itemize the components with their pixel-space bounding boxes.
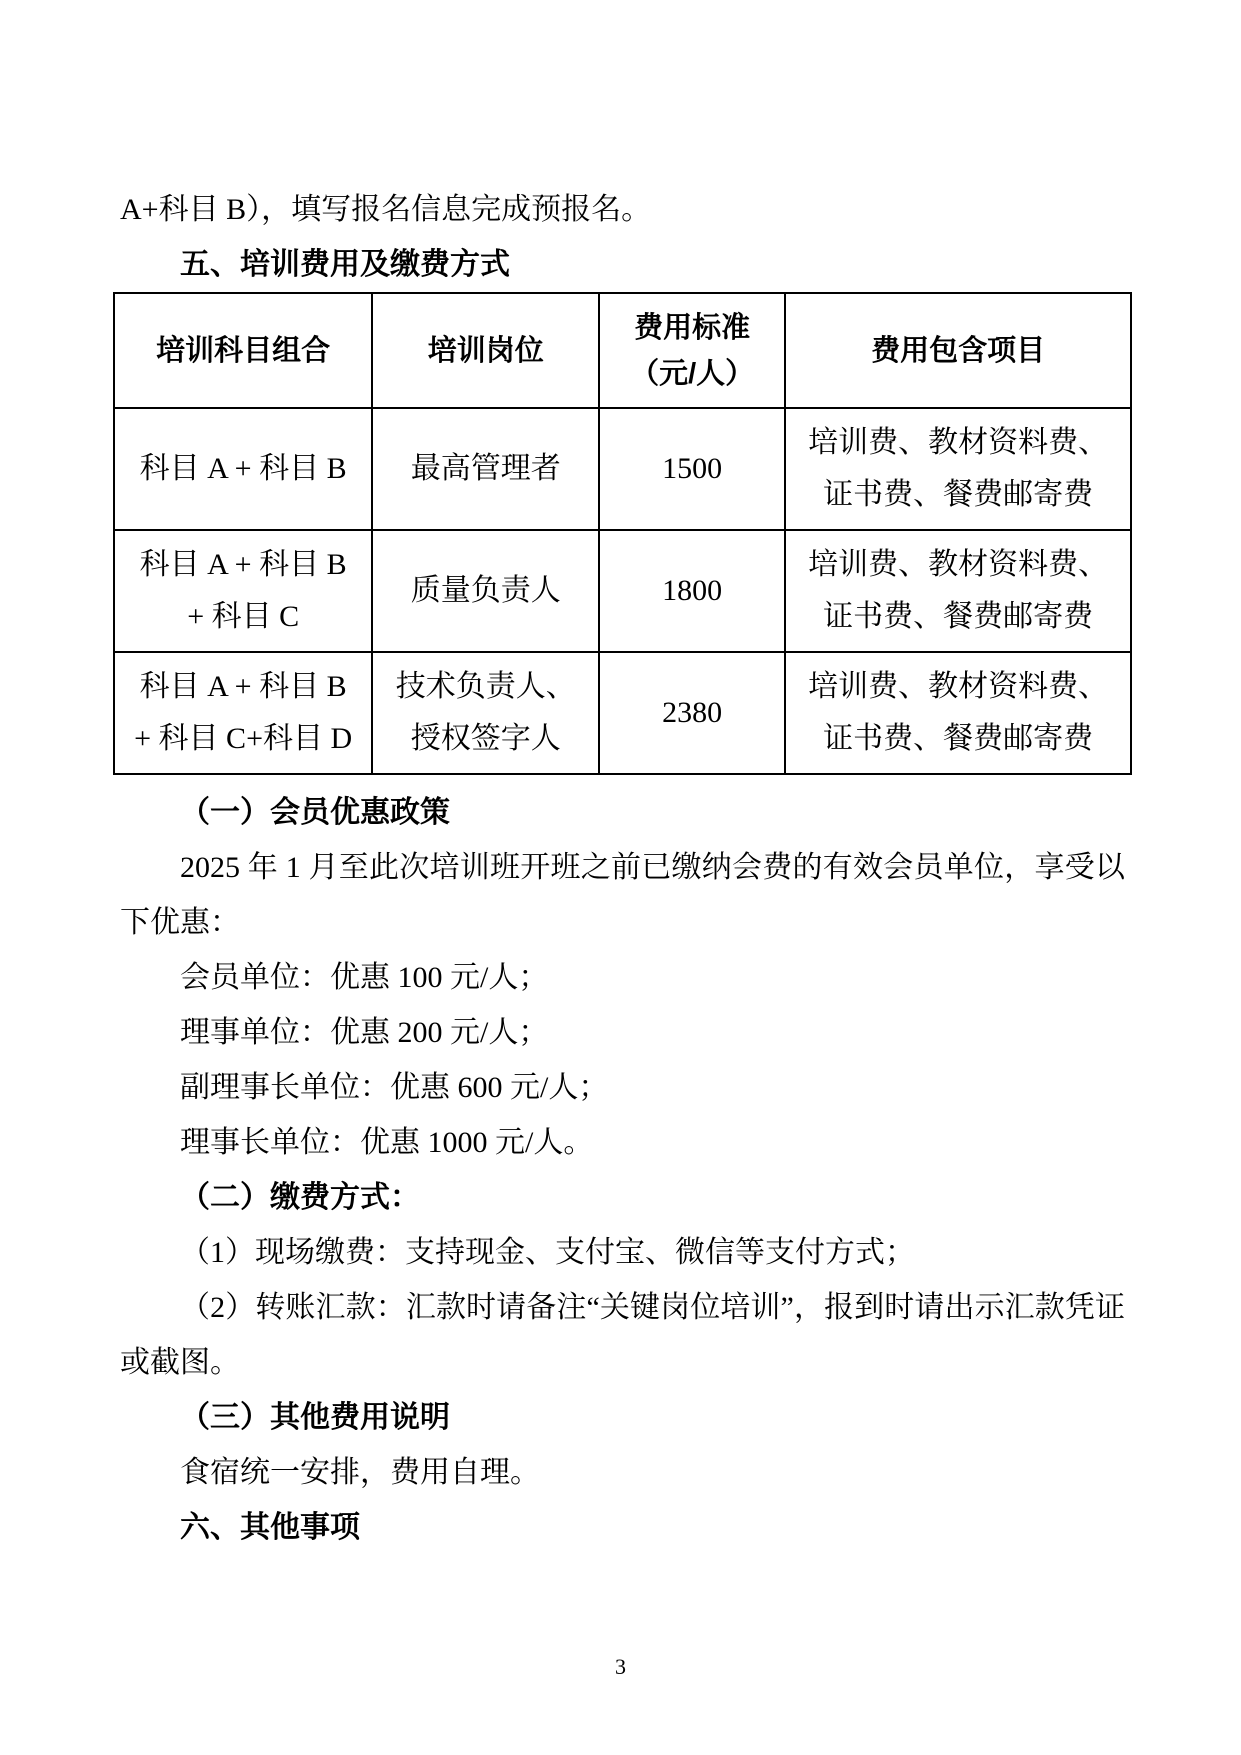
page-content: A+科目 B），填写报名信息完成预报名。 五、培训费用及缴费方式 培训科目组合 … [120, 0, 1125, 1555]
cell-line: 培训费、教材资料费、 [786, 417, 1130, 469]
cell-line: 授权签字人 [373, 713, 598, 765]
payment-method-title: （二）缴费方式： [120, 1170, 1125, 1225]
discount-item-vice-chairman: 副理事长单位：优惠 600 元/人； [120, 1060, 1125, 1115]
table-row: 科目 A + 科目 B 最高管理者 1500 培训费、教材资料费、 证书费、餐费… [114, 408, 1131, 530]
cell-includes: 培训费、教材资料费、 证书费、餐费邮寄费 [785, 652, 1131, 774]
fee-table-header-row: 培训科目组合 培训岗位 费用标准 （元/人） 费用包含项目 [114, 293, 1131, 408]
other-fees-title: （三）其他费用说明 [120, 1390, 1125, 1445]
cell-line: 技术负责人、 [373, 661, 598, 713]
cell-position: 技术负责人、 授权签字人 [372, 652, 599, 774]
cell-fee: 1500 [599, 408, 785, 530]
col-header-fee-includes: 费用包含项目 [785, 293, 1131, 408]
col-header-position: 培训岗位 [372, 293, 599, 408]
fee-header-line2: （元/人） [600, 351, 784, 397]
member-discount-intro: 2025 年 1 月至此次培训班开班之前已缴纳会费的有效会员单位，享受以下优惠： [120, 840, 1125, 950]
cell-fee: 2380 [599, 652, 785, 774]
cell-line: + 科目 C+科目 D [115, 713, 371, 765]
cell-position: 最高管理者 [372, 408, 599, 530]
cell-line: 科目 A + 科目 B [115, 661, 371, 713]
cell-line: 最高管理者 [373, 443, 598, 495]
cell-line: 科目 A + 科目 B [115, 443, 371, 495]
cell-combo: 科目 A + 科目 B + 科目 C [114, 530, 372, 652]
cell-combo: 科目 A + 科目 B [114, 408, 372, 530]
cell-combo: 科目 A + 科目 B + 科目 C+科目 D [114, 652, 372, 774]
page-number: 3 [0, 1652, 1241, 1682]
intro-line: A+科目 B），填写报名信息完成预报名。 [120, 182, 1125, 237]
document-page: A+科目 B），填写报名信息完成预报名。 五、培训费用及缴费方式 培训科目组合 … [0, 0, 1241, 1755]
discount-item-chairman: 理事长单位：优惠 1000 元/人。 [120, 1115, 1125, 1170]
fee-header-line1: 费用标准 [600, 305, 784, 351]
cell-line: 培训费、教材资料费、 [786, 661, 1130, 713]
cell-line: + 科目 C [115, 591, 371, 643]
cell-line: 培训费、教材资料费、 [786, 539, 1130, 591]
cell-includes: 培训费、教材资料费、 证书费、餐费邮寄费 [785, 408, 1131, 530]
cell-includes: 培训费、教材资料费、 证书费、餐费邮寄费 [785, 530, 1131, 652]
section-six-title: 六、其他事项 [120, 1500, 1125, 1555]
discount-item-member: 会员单位：优惠 100 元/人； [120, 950, 1125, 1005]
payment-item-transfer: （2）转账汇款：汇款时请备注“关键岗位培训”，报到时请出示汇款凭证或截图。 [120, 1280, 1125, 1390]
fee-table: 培训科目组合 培训岗位 费用标准 （元/人） 费用包含项目 科目 A + 科目 … [113, 292, 1132, 775]
cell-line: 证书费、餐费邮寄费 [786, 591, 1130, 643]
payment-item-onsite: （1）现场缴费：支持现金、支付宝、微信等支付方式； [120, 1225, 1125, 1280]
col-header-fee-standard: 费用标准 （元/人） [599, 293, 785, 408]
other-fees-body: 食宿统一安排，费用自理。 [120, 1445, 1125, 1500]
table-row: 科目 A + 科目 B + 科目 C 质量负责人 1800 培训费、教材资料费、… [114, 530, 1131, 652]
cell-line: 科目 A + 科目 B [115, 539, 371, 591]
cell-line: 证书费、餐费邮寄费 [786, 713, 1130, 765]
table-row: 科目 A + 科目 B + 科目 C+科目 D 技术负责人、 授权签字人 238… [114, 652, 1131, 774]
discount-item-director: 理事单位：优惠 200 元/人； [120, 1005, 1125, 1060]
section-five-title: 五、培训费用及缴费方式 [120, 237, 1125, 292]
cell-line: 质量负责人 [373, 565, 598, 617]
cell-position: 质量负责人 [372, 530, 599, 652]
cell-fee: 1800 [599, 530, 785, 652]
col-header-subject-combo: 培训科目组合 [114, 293, 372, 408]
cell-line: 证书费、餐费邮寄费 [786, 469, 1130, 521]
member-discount-title: （一）会员优惠政策 [120, 785, 1125, 840]
